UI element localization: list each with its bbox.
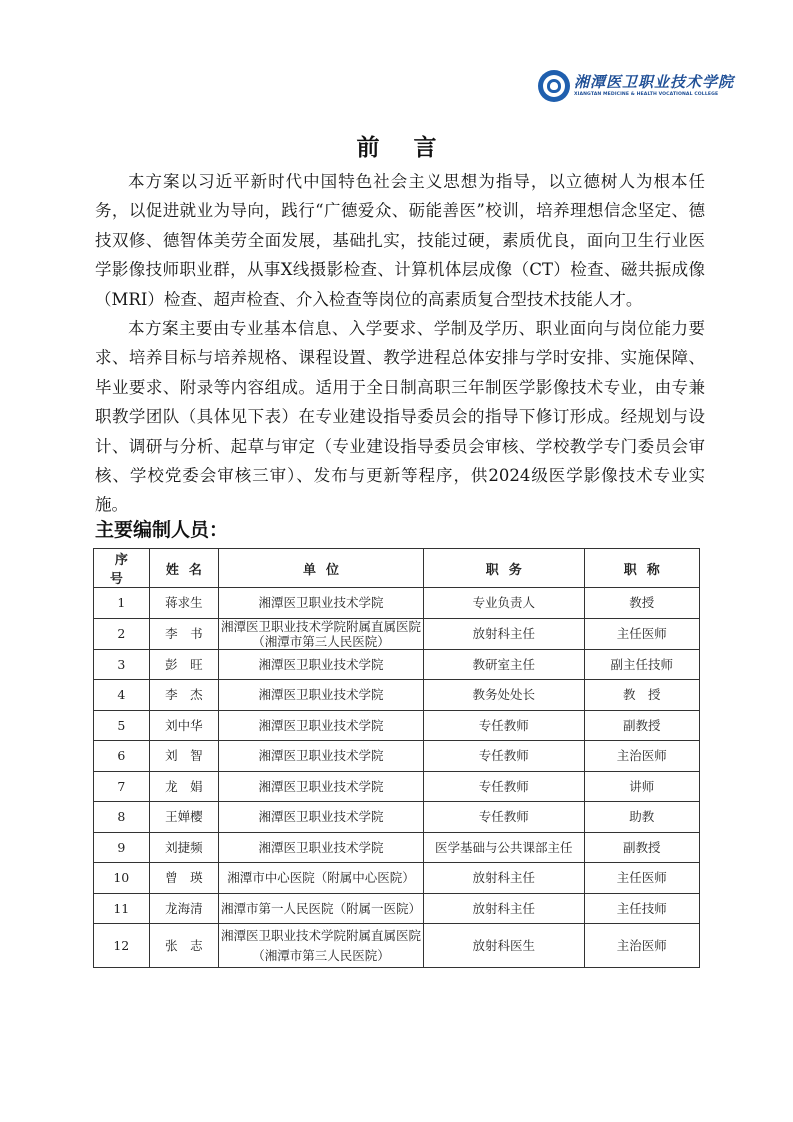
cell-duty: 教务处处长 xyxy=(424,680,585,711)
header-rank: 职称 xyxy=(584,549,699,588)
cell-duty: 放射科主任 xyxy=(424,863,585,894)
cell-rank: 主任技师 xyxy=(584,893,699,924)
college-logo: 湘潭医卫职业技术学院 XIANGTAN MEDICINE & HEALTH VO… xyxy=(538,66,734,106)
cell-rank: 教 授 xyxy=(584,680,699,711)
cell-duty: 医学基础与公共课部主任 xyxy=(424,832,585,863)
cell-no: 12 xyxy=(94,924,150,968)
cell-name: 刘 智 xyxy=(149,741,218,772)
cell-unit: 湘潭医卫职业技术学院附属直属医院（湘潭市第三人民医院） xyxy=(219,618,424,649)
cell-name: 彭 旺 xyxy=(149,649,218,680)
cell-name: 王婵樱 xyxy=(149,802,218,833)
college-emblem-icon xyxy=(538,70,570,102)
table-row: 5刘中华湘潭医卫职业技术学院专任教师副教授 xyxy=(94,710,700,741)
header-unit: 单位 xyxy=(219,549,424,588)
unit-line: 湘潭医卫职业技术学院 xyxy=(221,779,421,794)
unit-line: 湘潭医卫职业技术学院 xyxy=(221,687,421,702)
cell-name: 刘中华 xyxy=(149,710,218,741)
cell-rank: 助教 xyxy=(584,802,699,833)
cell-rank: 主治医师 xyxy=(584,924,699,968)
cell-duty: 放射科主任 xyxy=(424,618,585,649)
cell-unit: 湘潭市中心医院（附属中心医院） xyxy=(219,863,424,894)
cell-name: 李 杰 xyxy=(149,680,218,711)
preface-body: 本方案以习近平新时代中国特色社会主义思想为指导，以立德树人为根本任务，以促进就业… xyxy=(95,167,705,520)
table-row: 4李 杰湘潭医卫职业技术学院教务处处长教 授 xyxy=(94,680,700,711)
unit-line: 湘潭市第一人民医院（附属一医院） xyxy=(221,901,421,916)
cell-unit: 湘潭医卫职业技术学院 xyxy=(219,588,424,619)
table-row: 11龙海清湘潭市第一人民医院（附属一医院）放射科主任主任技师 xyxy=(94,893,700,924)
cell-rank: 主任医师 xyxy=(584,618,699,649)
cell-duty: 专业负责人 xyxy=(424,588,585,619)
unit-line: 湘潭医卫职业技术学院 xyxy=(221,809,421,824)
cell-rank: 讲师 xyxy=(584,771,699,802)
cell-no: 8 xyxy=(94,802,150,833)
page-title: 前言 xyxy=(0,129,793,162)
cell-no: 4 xyxy=(94,680,150,711)
cell-name: 龙 娟 xyxy=(149,771,218,802)
staff-table: 序号 姓名 单位 职务 职称 1蒋求生湘潭医卫职业技术学院专业负责人教授2李 书… xyxy=(93,548,700,968)
cell-no: 1 xyxy=(94,588,150,619)
unit-line: 湘潭医卫职业技术学院 xyxy=(221,657,421,672)
cell-name: 蒋求生 xyxy=(149,588,218,619)
cell-unit: 湘潭医卫职业技术学院 xyxy=(219,832,424,863)
unit-line: 湘潭医卫职业技术学院 xyxy=(221,595,421,610)
cell-name: 龙海清 xyxy=(149,893,218,924)
header-duty: 职务 xyxy=(424,549,585,588)
cell-duty: 专任教师 xyxy=(424,802,585,833)
cell-name: 曾 瑛 xyxy=(149,863,218,894)
cell-duty: 专任教师 xyxy=(424,710,585,741)
table-row: 2李 书湘潭医卫职业技术学院附属直属医院（湘潭市第三人民医院）放射科主任主任医师 xyxy=(94,618,700,649)
header-no: 序号 xyxy=(94,549,150,588)
table-row: 7龙 娟湘潭医卫职业技术学院专任教师讲师 xyxy=(94,771,700,802)
cell-unit: 湘潭医卫职业技术学院附属直属医院（湘潭市第三人民医院） xyxy=(219,924,424,968)
cell-duty: 放射科医生 xyxy=(424,924,585,968)
cell-no: 11 xyxy=(94,893,150,924)
cell-duty: 教研室主任 xyxy=(424,649,585,680)
cell-no: 3 xyxy=(94,649,150,680)
table-row: 12张 志湘潭医卫职业技术学院附属直属医院（湘潭市第三人民医院）放射科医生主治医… xyxy=(94,924,700,968)
cell-no: 2 xyxy=(94,618,150,649)
paragraph-2: 本方案主要由专业基本信息、入学要求、学制及学历、职业面向与岗位能力要求、培养目标… xyxy=(95,314,705,520)
cell-unit: 湘潭医卫职业技术学院 xyxy=(219,741,424,772)
unit-line: （湘潭市第三人民医院） xyxy=(221,634,421,649)
paragraph-1: 本方案以习近平新时代中国特色社会主义思想为指导，以立德树人为根本任务，以促进就业… xyxy=(95,167,705,314)
unit-line: 湘潭医卫职业技术学院 xyxy=(221,748,421,763)
header-name: 姓名 xyxy=(149,549,218,588)
cell-no: 7 xyxy=(94,771,150,802)
table-row: 1蒋求生湘潭医卫职业技术学院专业负责人教授 xyxy=(94,588,700,619)
cell-rank: 主任医师 xyxy=(584,863,699,894)
logo-text: 湘潭医卫职业技术学院 XIANGTAN MEDICINE & HEALTH VO… xyxy=(574,75,734,98)
table-row: 6刘 智湘潭医卫职业技术学院专任教师主治医师 xyxy=(94,741,700,772)
unit-line: （湘潭市第三人民医院） xyxy=(221,946,421,966)
cell-duty: 专任教师 xyxy=(424,741,585,772)
cell-unit: 湘潭市第一人民医院（附属一医院） xyxy=(219,893,424,924)
cell-name: 张 志 xyxy=(149,924,218,968)
table-row: 10曾 瑛湘潭市中心医院（附属中心医院）放射科主任主任医师 xyxy=(94,863,700,894)
cell-rank: 教授 xyxy=(584,588,699,619)
cell-rank: 副教授 xyxy=(584,710,699,741)
staff-table-body: 1蒋求生湘潭医卫职业技术学院专业负责人教授2李 书湘潭医卫职业技术学院附属直属医… xyxy=(94,588,700,968)
logo-name-en: XIANGTAN MEDICINE & HEALTH VOCATIONAL CO… xyxy=(574,93,734,98)
cell-unit: 湘潭医卫职业技术学院 xyxy=(219,710,424,741)
unit-line: 湘潭医卫职业技术学院附属直属医院 xyxy=(221,619,421,634)
cell-unit: 湘潭医卫职业技术学院 xyxy=(219,649,424,680)
unit-line: 湘潭医卫职业技术学院 xyxy=(221,840,421,855)
unit-line: 湘潭市中心医院（附属中心医院） xyxy=(221,870,421,885)
cell-name: 李 书 xyxy=(149,618,218,649)
section-heading-staff: 主要编制人员： xyxy=(95,515,228,542)
cell-name: 刘捷频 xyxy=(149,832,218,863)
logo-name-cn: 湘潭医卫职业技术学院 xyxy=(574,75,734,90)
unit-line: 湘潭医卫职业技术学院附属直属医院 xyxy=(221,926,421,946)
table-row: 3彭 旺湘潭医卫职业技术学院教研室主任副主任技师 xyxy=(94,649,700,680)
cell-unit: 湘潭医卫职业技术学院 xyxy=(219,771,424,802)
cell-unit: 湘潭医卫职业技术学院 xyxy=(219,802,424,833)
cell-rank: 副主任技师 xyxy=(584,649,699,680)
cell-no: 6 xyxy=(94,741,150,772)
cell-no: 9 xyxy=(94,832,150,863)
cell-rank: 主治医师 xyxy=(584,741,699,772)
cell-duty: 放射科主任 xyxy=(424,893,585,924)
cell-rank: 副教授 xyxy=(584,832,699,863)
table-row: 8王婵樱湘潭医卫职业技术学院专任教师助教 xyxy=(94,802,700,833)
cell-no: 10 xyxy=(94,863,150,894)
cell-no: 5 xyxy=(94,710,150,741)
cell-unit: 湘潭医卫职业技术学院 xyxy=(219,680,424,711)
cell-duty: 专任教师 xyxy=(424,771,585,802)
table-row: 9刘捷频湘潭医卫职业技术学院医学基础与公共课部主任副教授 xyxy=(94,832,700,863)
unit-line: 湘潭医卫职业技术学院 xyxy=(221,718,421,733)
table-header-row: 序号 姓名 单位 职务 职称 xyxy=(94,549,700,588)
